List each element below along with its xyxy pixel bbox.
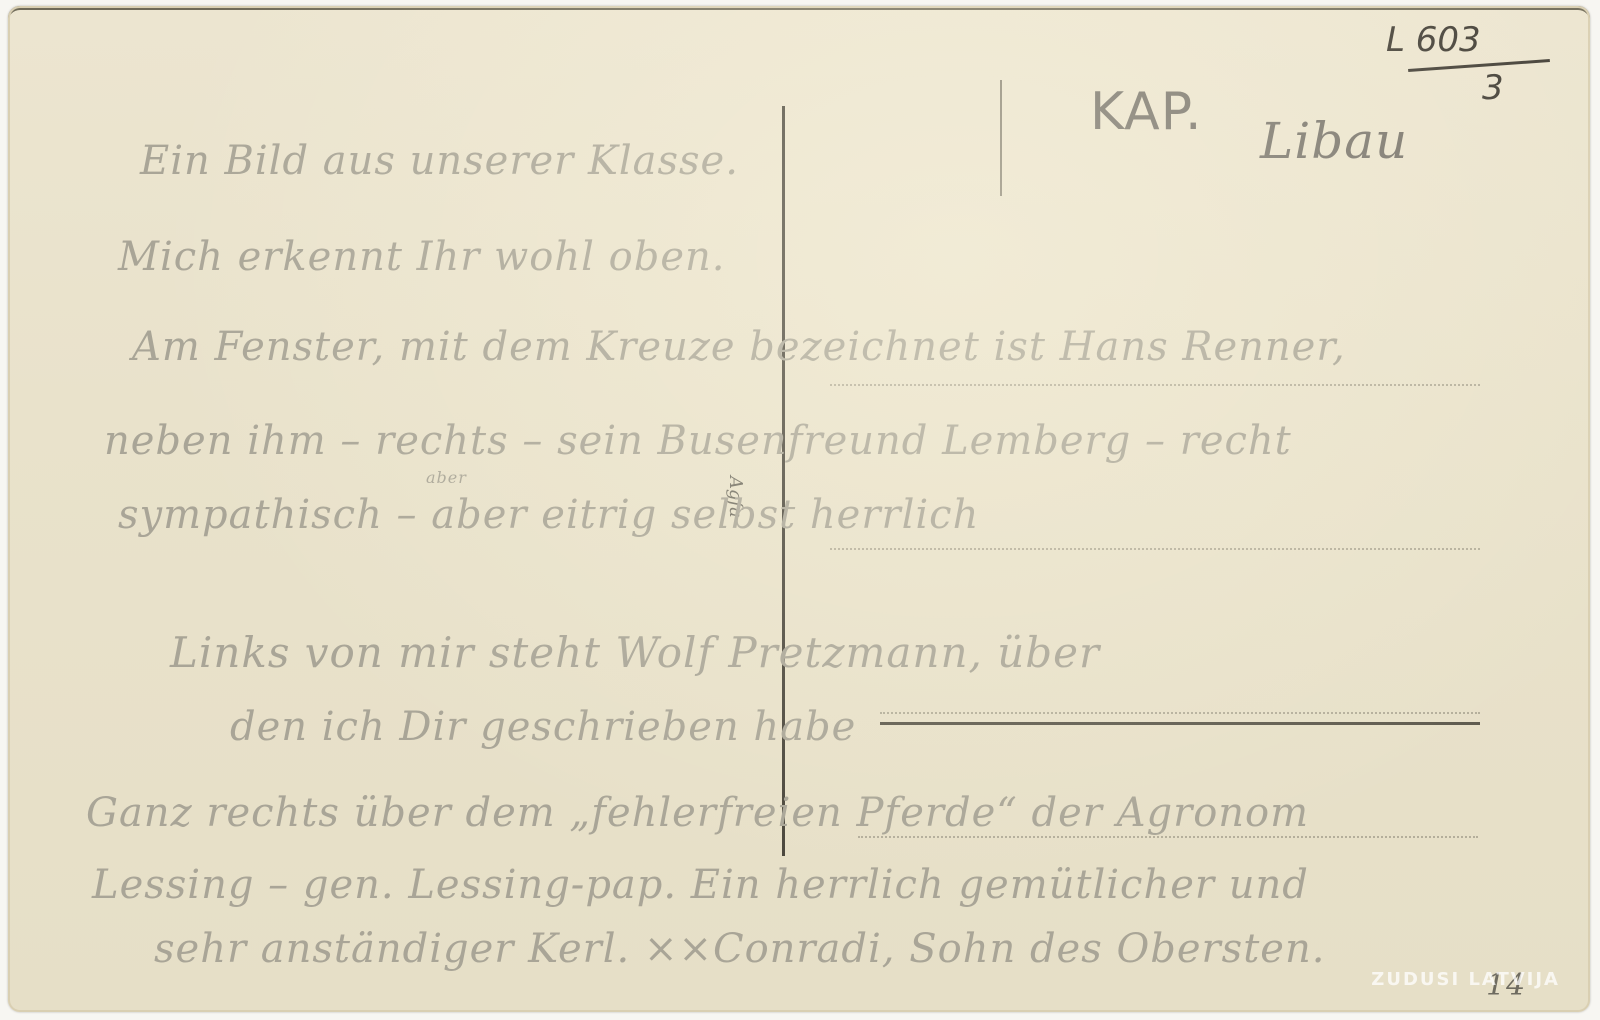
interlinear-note: aber — [426, 468, 467, 487]
message-line-10: sehr anständiger Kerl. ××Conradi, Sohn d… — [154, 926, 1325, 972]
kap-note: KAP. — [1090, 82, 1203, 142]
place-note: Libau — [1260, 112, 1408, 170]
address-line-1 — [830, 384, 1480, 386]
archive-ref-sub: 3 — [1482, 68, 1504, 108]
message-line-6: Links von mir steht Wolf Pretzmann, über — [170, 628, 1100, 677]
archive-ref-underline — [1408, 59, 1550, 72]
stamp-area-line — [1000, 80, 1002, 196]
message-line-3: Am Fenster, mit dem Kreuze bezeichnet is… — [132, 324, 1346, 370]
message-line-2: Mich erkennt Ihr wohl oben. — [118, 234, 725, 280]
message-line-9: Lessing – gen. Lessing-pap. Ein herrlich… — [92, 862, 1309, 908]
address-line-2 — [830, 548, 1480, 550]
address-line-3-solid — [880, 722, 1480, 725]
message-line-4: neben ihm – rechts – sein Busenfreund Le… — [104, 418, 1292, 464]
message-line-7: den ich Dir geschrieben habe — [230, 704, 856, 750]
message-line-5: sympathisch – aber eitrig selbst herrlic… — [118, 492, 979, 538]
message-line-8: Ganz rechts über dem „fehlerfreien Pferd… — [86, 790, 1309, 836]
message-line-1: Ein Bild aus unserer Klasse. — [140, 138, 739, 184]
address-line-3 — [880, 712, 1480, 714]
postcard-back: L 603 3 KAP. Libau Agfa Ein Bild aus uns… — [8, 6, 1590, 1012]
watermark: ZUDUSI LATVIJA — [1371, 969, 1560, 990]
address-line-4 — [858, 836, 1478, 838]
archive-ref-number: L 603 — [1386, 20, 1481, 60]
